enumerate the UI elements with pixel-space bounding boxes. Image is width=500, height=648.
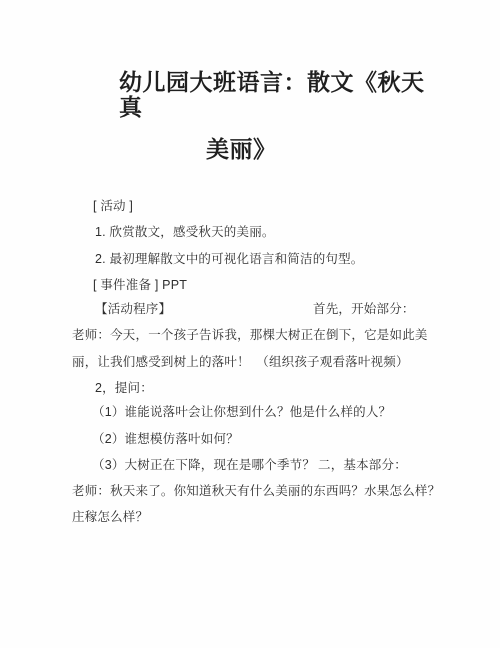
procedure-section-header: 【活动程序】: [95, 302, 171, 317]
teacher-paragraph1-line2: 丽，让我们感受到树上的落叶！ （组织孩子观看落叶视频）: [72, 355, 409, 370]
part-one-label: 首先，开始部分：: [313, 302, 415, 317]
questions-header: 2，提问：: [95, 381, 153, 396]
preparation-line: [ 事件准备 ] PPT: [93, 278, 187, 293]
question-3: （3）大树正在下降，现在是哪个季节？: [92, 458, 315, 473]
question-2: （2）谁想模仿落叶如何？: [92, 432, 239, 447]
question-1: （1）谁能说落叶会让你想到什么？他是什么样的人？: [92, 405, 391, 420]
document-title-line-1: 幼儿园大班语言：散文《秋天: [119, 69, 425, 97]
document-title-line-3: 美丽》: [206, 136, 277, 164]
activity-goal-2: 2. 最初理解散文中的可视化语言和简洁的句型。: [95, 252, 364, 267]
teacher-paragraph2-line2: 庄稼怎么样？: [72, 510, 148, 525]
teacher-paragraph1-line1: 老师：今天，一个孩子告诉我，那棵大树正在倒下，它是如此美: [72, 328, 428, 343]
part-two-label: 二，基本部分：: [318, 458, 407, 473]
activity-goal-1: 1. 欣赏散文，感受秋天的美丽。: [95, 225, 275, 240]
document-page: 幼儿园大班语言：散文《秋天 真 美丽》 [ 活动 ] 1. 欣赏散文，感受秋天的…: [0, 0, 500, 648]
activity-section-header: [ 活动 ]: [93, 199, 133, 214]
document-title-line-2: 真: [119, 94, 143, 122]
teacher-paragraph2-line1: 老师：秋天来了。你知道秋天有什么美丽的东西吗？水果怎么样？: [72, 484, 440, 499]
